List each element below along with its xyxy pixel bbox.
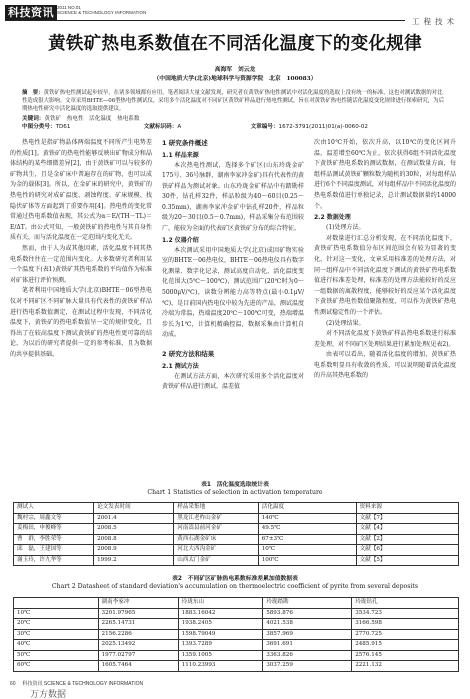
header-cell: 样品采集地: [174, 503, 259, 514]
header-cell: 湖南李家冲: [98, 598, 178, 609]
cell: 河北大西沟金矿: [174, 545, 259, 556]
table-row: 邱 磊，王建国等2008.9河北大西沟金矿10℃文献【6】: [14, 545, 459, 556]
header-rule: [5, 20, 405, 21]
cell: 2008.5: [94, 524, 174, 535]
authors: 高海军 刘云龙: [0, 64, 470, 73]
table-row: 姜梅田，申俊峰等2008.5河南嵩县前河金矿49.5℃文献【4】: [14, 524, 459, 535]
cell: 1110.23993: [178, 661, 263, 672]
cell: 1999.2: [94, 555, 174, 566]
cell: 140℃: [258, 513, 356, 524]
cell: 2156.2286: [98, 629, 178, 640]
table-row: 10℃3201.979651883.160425893.8763534.723: [14, 608, 459, 619]
table-row: 40℃2025.134921393.72893691.6912485.915: [14, 640, 459, 651]
journal-issue-info: 2011 NO.01 SCIENCE & TECHNOLOGY INFORMAT…: [57, 5, 146, 15]
cell: 1883.16042: [178, 608, 263, 619]
table-row: 谢玉玲，许九华等1999.2山西太门金矿100℃文献【5】: [14, 555, 459, 566]
cell: 1977.02797: [98, 650, 178, 661]
table1-caption-en: Chart 1 Statistics of selection in activ…: [0, 489, 470, 496]
subsection-heading: 2.2 数据处理: [314, 212, 456, 223]
cell: 5893.876: [263, 608, 352, 619]
body-column-left: 热电性是指矿物晶体两端温度不同所产生电势差的性质[1]。黄铁矿的热电性能够反映出…: [10, 138, 152, 360]
doc-code-label: 文献标识码：: [144, 124, 178, 130]
doc-code: A: [177, 123, 181, 131]
table-row: 魏村宗，周鑫文等2001.4黑龙江老柞山金矿140℃文献【7】: [14, 513, 459, 524]
cell: 3363.826: [263, 650, 352, 661]
cell: 文献【5】: [356, 555, 458, 566]
affiliation: （中国地质大学(北京)地球科学与资源学院 北京 100083）: [0, 73, 470, 82]
abstract-label: 摘 要：: [22, 90, 44, 96]
header-cell: 论文发表时间: [94, 503, 174, 514]
cell: 河南嵩县前河金矿: [174, 524, 259, 535]
cell: 魏村宗，周鑫文等: [14, 513, 94, 524]
page-number: 60: [10, 681, 16, 687]
cell: 邱 磊，王建国等: [14, 545, 94, 556]
table1-caption-cn: 表1 活化温度选取统计表: [0, 479, 470, 488]
table2-caption-cn: 表2 不同矿区矿脉热电系数标准差累加值数据表: [0, 573, 470, 582]
paragraph: 次由10℃开始，依次升高，以10℃的变化区间升温，温差增至60℃为止，依次获得6…: [314, 138, 456, 212]
journal-english-name: SCIENCE & TECHNOLOGY INFORMATION: [57, 10, 146, 15]
cell: 50℃: [14, 650, 99, 661]
table-activation-temperature: 测试人 论文发表时间 样品采集地 活化温度 资料来源 魏村宗，周鑫文等2001.…: [13, 502, 459, 566]
watermark: 万方数据: [30, 687, 66, 699]
cell: 1938.2405: [178, 619, 263, 630]
cell: 1359.1005: [178, 650, 263, 661]
cell: 49.5℃: [258, 524, 356, 535]
cell: 1393.7289: [178, 640, 263, 651]
paragraph: 本次测试采用中国地质大学(北京)成因矿物实验室的BHTE－06热电仪，BHTE－…: [162, 246, 304, 341]
cell: 3166.598: [352, 619, 459, 630]
section-label: 工程技术: [412, 16, 458, 27]
page-footer: 60 科技资讯 SCIENCE & TECHNOLOGY INFORMATION: [10, 680, 143, 687]
cell: 40℃: [14, 640, 99, 651]
cell: 3691.691: [263, 640, 352, 651]
table-std-deviation: 湖南李家冲 玲珑东山 玲珑踏勘 玲珑钻孔 10℃3201.979651883.1…: [13, 597, 459, 672]
cell: 山西太门金矿: [174, 555, 259, 566]
cell: 3201.97965: [98, 608, 178, 619]
header-cell: 玲珑钻孔: [352, 598, 459, 609]
cell: 曹 群，李胜荣等: [14, 534, 94, 545]
paragraph: 笔者利用中国地质大学(北京)BHTE－06型热电仪对不同矿区不同矿脉大量具有代表…: [10, 286, 152, 360]
table-header-row: 测试人 论文发表时间 样品采集地 活化温度 资料来源: [14, 503, 459, 514]
header-cell: 玲珑东山: [178, 598, 263, 609]
cell: 3037.259: [263, 661, 352, 672]
body-column-right: 次由10℃开始，依次升高，以10℃的变化区间升温，温差增至60℃为止，依次获得6…: [314, 138, 456, 382]
cell: 10℃: [14, 608, 99, 619]
table2-caption-en: Chart 2 Datasheet of standard deviation'…: [0, 583, 470, 590]
table-row: 30℃2156.22861598.790493857.9692770.725: [14, 629, 459, 640]
article-title: 黄铁矿热电系数值在不同活化温度下的变化规律: [0, 30, 470, 55]
cell: 2221.132: [352, 661, 459, 672]
cell: 67±3℃: [258, 534, 356, 545]
cell: 2008.9: [94, 545, 174, 556]
cell: 黄西石湖金矿床: [174, 534, 259, 545]
keywords-label: 关键词：: [22, 116, 44, 122]
cell: 谢玉玲，许九华等: [14, 555, 94, 566]
cell: 4021.538: [263, 619, 352, 630]
cell: 30℃: [14, 629, 99, 640]
cell: 10℃: [258, 545, 356, 556]
cell: 3857.969: [263, 629, 352, 640]
paragraph: 热电性是指矿物晶体两端温度不同所产生电势差的性质[1]。黄铁矿的热电性能够反映出…: [10, 138, 152, 244]
header-cell: 资料来源: [356, 503, 458, 514]
header-cell: [14, 598, 99, 609]
table-row: 60℃1605.74641110.239933037.2592221.132: [14, 661, 459, 672]
cell: 2576.145: [352, 650, 459, 661]
article-no-label: 文章编号：: [251, 124, 279, 130]
keywords: 黄铁矿 热电性 活化温度 热电系数: [44, 115, 139, 123]
paragraph: 对不同活化温度下黄铁矿样品热电系数进行标准差处理，对不同矿区处理结果进行累加处理…: [314, 329, 456, 350]
clc-code: TD61: [56, 123, 71, 131]
paragraph: (2)处理结果。: [314, 319, 456, 330]
cell: 60℃: [14, 661, 99, 672]
abstract-text: 黄铁矿热电性测试起步较早，在诸多领域都有应用，笔者阅读大量文献发现，研究者在黄铁…: [22, 90, 444, 112]
paragraph: 对数量进行汇总分析发现，在不同活化温度下，黄铁矿热电系数值分布区间范围会有较为显…: [314, 234, 456, 319]
paragraph: 然而，由于人为或其他因素，活化温度不同其热电系数往往在一定范围内变化。大多数研究…: [10, 244, 152, 286]
cell: 2265.14731: [98, 619, 178, 630]
subsection-heading: 1.2 仪器介绍: [162, 235, 304, 246]
cell: 2008.8: [94, 534, 174, 545]
cell: 姜梅田，申俊峰等: [14, 524, 94, 535]
journal-logo: 科技资讯: [5, 5, 57, 20]
classification-line: 中图分类号：TD61 文献标识码：A 文章编号：1672-3791(2011)0…: [22, 123, 447, 131]
header-cell: 测试人: [14, 503, 94, 514]
subsection-heading: 1.1 样品来源: [162, 150, 304, 161]
cell: 3534.723: [352, 608, 459, 619]
cell: 1598.79049: [178, 629, 263, 640]
cell: 2025.13492: [98, 640, 178, 651]
table-header-row: 湖南李家冲 玲珑东山 玲珑踏勘 玲珑钻孔: [14, 598, 459, 609]
header-cell: 活化温度: [258, 503, 356, 514]
section-heading: 1 研究条件概述: [162, 138, 304, 150]
paragraph: 本次热电性测试，选择多个矿区(山东玲珑金矿175号、36号脉群，湖南李家冲金矿)…: [162, 161, 304, 235]
cell: 100℃: [258, 555, 356, 566]
cell: 黑龙江老柞山金矿: [174, 513, 259, 524]
cell: 2770.725: [352, 629, 459, 640]
abstract: 摘 要：黄铁矿热电性测试起步较早，在诸多领域都有应用，笔者阅读大量文献发现，研究…: [22, 89, 447, 114]
table-row: 50℃1977.027971359.10053363.8262576.145: [14, 650, 459, 661]
cell: 文献【2】: [356, 534, 458, 545]
cell: 文献【7】: [356, 513, 458, 524]
cell: 1605.7464: [98, 661, 178, 672]
cell: 文献【4】: [356, 524, 458, 535]
cell: 20℃: [14, 619, 99, 630]
cell: 2485.915: [352, 640, 459, 651]
article-no: 1672-3791(2011)01(a)-0060-02: [279, 123, 368, 131]
table-row: 曹 群，李胜荣等2008.8黄西石湖金矿床67±3℃文献【2】: [14, 534, 459, 545]
clc-label: 中图分类号：: [22, 124, 56, 130]
paragraph: (1)处理方法。: [314, 223, 456, 234]
cell: 文献【6】: [356, 545, 458, 556]
body-column-middle: 1 研究条件概述 1.1 样品来源 本次热电性测试，选择多个矿区(山东玲珑金矿1…: [162, 138, 304, 393]
paragraph: 由表可以看出，随着活化温度的增加，黄铁矿热电系数明显具有收敛的性质，可以说明随着…: [314, 350, 456, 382]
table-row: 20℃2265.147311938.24054021.5383166.598: [14, 619, 459, 630]
header-cell: 玲珑踏勘: [263, 598, 352, 609]
subsection-heading: 2.1 测试方法: [162, 361, 304, 372]
paragraph: 在测试方法方面，本次研究采用多个活化温度对黄铁矿样品进行测试，温差值: [162, 372, 304, 393]
cell: 2001.4: [94, 513, 174, 524]
section-heading: 2 研究方法和结果: [162, 349, 304, 361]
keywords-line: 关键词：黄铁矿 热电性 活化温度 热电系数: [22, 115, 447, 123]
